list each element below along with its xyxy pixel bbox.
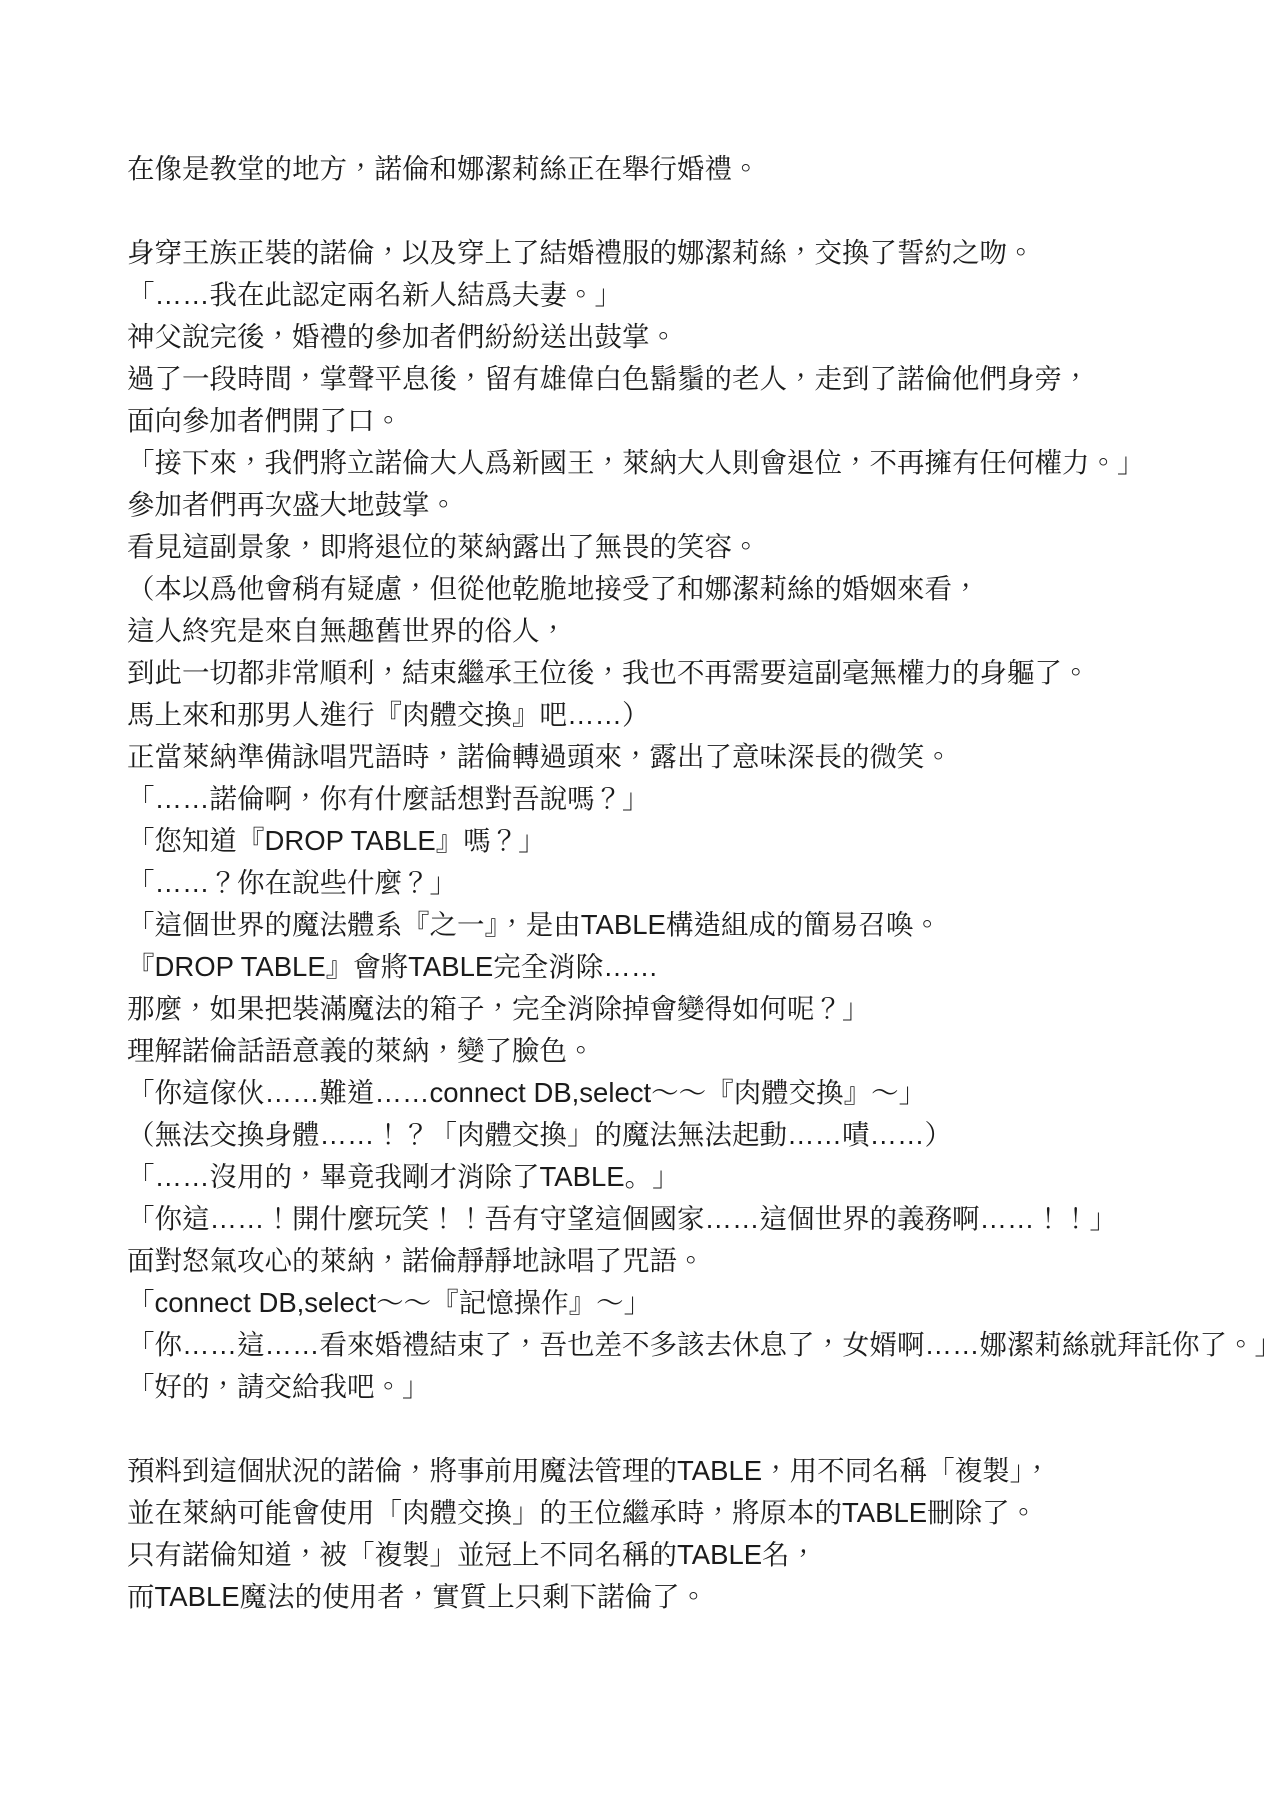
text-line: 「您知道『DROP TABLE』嗎？」 [127,820,1280,862]
text-line: （無法交換身體……！？「肉體交換」的魔法無法起動……嘖……） [127,1114,1280,1156]
blank-line [127,1408,1280,1450]
text-line: 「你這……！開什麼玩笑！！吾有守望這個國家……這個世界的義務啊……！！」 [127,1198,1280,1240]
text-line: 『DROP TABLE』會將TABLE完全消除…… [127,946,1280,988]
text-line: 神父說完後，婚禮的參加者們紛紛送出鼓掌。 [127,316,1280,358]
text-line: 面對怒氣攻心的萊納，諾倫靜靜地詠唱了咒語。 [127,1240,1280,1282]
text-line: 這人終究是來自無趣舊世界的俗人， [127,610,1280,652]
text-line: （本以爲他會稍有疑慮，但從他乾脆地接受了和娜潔莉絲的婚姻來看， [127,568,1280,610]
text-line: 在像是教堂的地方，諾倫和娜潔莉絲正在舉行婚禮。 [127,148,1280,190]
text-line: 並在萊納可能會使用「肉體交換」的王位繼承時，將原本的TABLE刪除了。 [127,1492,1280,1534]
text-line: 看見這副景象，即將退位的萊納露出了無畏的笑容。 [127,526,1280,568]
novel-text-page: 在像是教堂的地方，諾倫和娜潔莉絲正在舉行婚禮。 身穿王族正裝的諾倫，以及穿上了結… [127,148,1280,1618]
text-line: 參加者們再次盛大地鼓掌。 [127,484,1280,526]
text-line: 「這個世界的魔法體系『之一』，是由TABLE構造組成的簡易召喚。 [127,904,1280,946]
text-line: 正當萊納準備詠唱咒語時，諾倫轉過頭來，露出了意味深長的微笑。 [127,736,1280,778]
text-line: 「接下來，我們將立諾倫大人爲新國王，萊納大人則會退位，不再擁有任何權力。」 [127,442,1280,484]
text-line: 「你……這……看來婚禮結束了，吾也差不多該去休息了，女婿啊……娜潔莉絲就拜託你了… [127,1324,1280,1366]
blank-line [127,190,1280,232]
text-line: 「……諾倫啊，你有什麼話想對吾說嗎？」 [127,778,1280,820]
text-line: 身穿王族正裝的諾倫，以及穿上了結婚禮服的娜潔莉絲，交換了誓約之吻。 [127,232,1280,274]
text-line: 「你這傢伙……難道……connect DB,select～～『肉體交換』～」 [127,1072,1280,1114]
text-line: 那麼，如果把裝滿魔法的箱子，完全消除掉會變得如何呢？」 [127,988,1280,1030]
text-line: 「connect DB,select～～『記憶操作』～」 [127,1282,1280,1324]
text-line: 馬上來和那男人進行『肉體交換』吧……） [127,694,1280,736]
text-line: 到此一切都非常順利，結束繼承王位後，我也不再需要這副毫無權力的身軀了。 [127,652,1280,694]
text-line: 「……沒用的，畢竟我剛才消除了TABLE。」 [127,1156,1280,1198]
text-line: 過了一段時間，掌聲平息後，留有雄偉白色鬍鬚的老人，走到了諾倫他們身旁， [127,358,1280,400]
text-line: 理解諾倫話語意義的萊納，變了臉色。 [127,1030,1280,1072]
text-line: 「……？你在說些什麼？」 [127,862,1280,904]
text-line: 面向參加者們開了口。 [127,400,1280,442]
text-line: 「……我在此認定兩名新人結爲夫妻。」 [127,274,1280,316]
text-line: 而TABLE魔法的使用者，實質上只剩下諾倫了。 [127,1576,1280,1618]
text-line: 預料到這個狀況的諾倫，將事前用魔法管理的TABLE，用不同名稱「複製」， [127,1450,1280,1492]
text-line: 只有諾倫知道，被「複製」並冠上不同名稱的TABLE名， [127,1534,1280,1576]
text-line: 「好的，請交給我吧。」 [127,1366,1280,1408]
novel-page-background: { "style": { "background_color": "#fffff… [0,0,1280,1807]
